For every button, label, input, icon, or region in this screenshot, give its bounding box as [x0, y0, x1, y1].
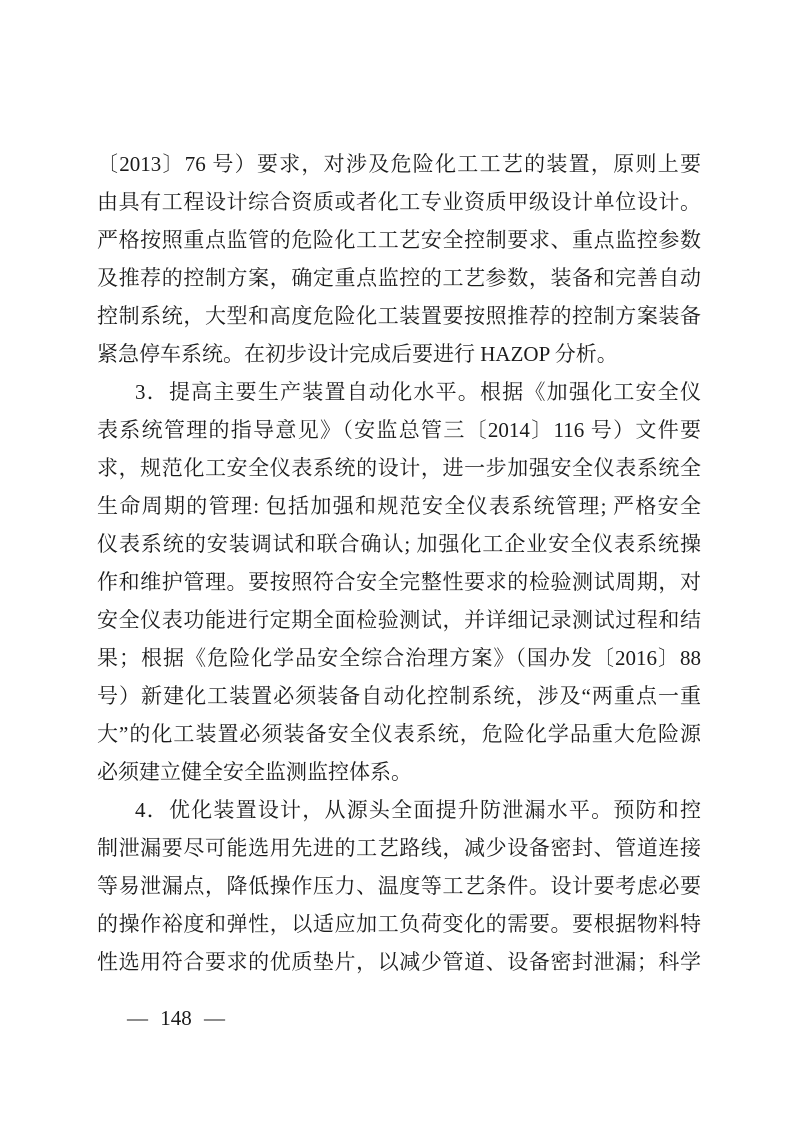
- text-line: 〔2013〕76 号）要求，对涉及危险化工工艺的装置，原则上要: [97, 145, 701, 183]
- text-line: 控制系统，大型和高度危险化工装置要按照推荐的控制方案装备: [97, 297, 701, 335]
- text-line: 紧急停车系统。在初步设计完成后要进行 HAZOP 分析。: [97, 335, 701, 373]
- text-line: 3．提高主要生产装置自动化水平。根据《加强化工安全仪: [97, 373, 701, 411]
- text-line: 由具有工程设计综合资质或者化工专业资质甲级设计单位设计。: [97, 183, 701, 221]
- text-line: 生命周期的管理: 包括加强和规范安全仪表系统管理; 严格安全: [97, 487, 701, 525]
- document-page: 〔2013〕76 号）要求，对涉及危险化工工艺的装置，原则上要由具有工程设计综合…: [0, 0, 794, 1122]
- text-line: 作和维护管理。要按照符合安全完整性要求的检验测试周期，对: [97, 563, 701, 601]
- text-line: 号）新建化工装置必须装备自动化控制系统，涉及“两重点一重: [97, 677, 701, 715]
- text-line: 安全仪表功能进行定期全面检验测试，并详细记录测试过程和结: [97, 601, 701, 639]
- text-line: 性选用符合要求的优质垫片，以减少管道、设备密封泄漏；科学: [97, 943, 701, 981]
- text-line: 等易泄漏点，降低操作压力、温度等工艺条件。设计要考虑必要: [97, 867, 701, 905]
- text-line: 求，规范化工安全仪表系统的设计，进一步加强安全仪表系统全: [97, 449, 701, 487]
- text-line: 4．优化装置设计，从源头全面提升防泄漏水平。预防和控: [97, 791, 701, 829]
- text-line: 及推荐的控制方案，确定重点监控的工艺参数，装备和完善自动: [97, 259, 701, 297]
- document-body: 〔2013〕76 号）要求，对涉及危险化工工艺的装置，原则上要由具有工程设计综合…: [97, 145, 701, 981]
- text-line: 大”的化工装置必须装备安全仪表系统，危险化学品重大危险源: [97, 715, 701, 753]
- text-line: 表系统管理的指导意见》（安监总管三〔2014〕116 号）文件要: [97, 411, 701, 449]
- text-line: 严格按照重点监管的危险化工工艺安全控制要求、重点监控参数: [97, 221, 701, 259]
- text-line: 必须建立健全安全监测监控体系。: [97, 753, 701, 791]
- text-line: 制泄漏要尽可能选用先进的工艺路线，减少设备密封、管道连接: [97, 829, 701, 867]
- page-number: — 148 —: [127, 1001, 225, 1035]
- text-line: 仪表系统的安装调试和联合确认; 加强化工企业安全仪表系统操: [97, 525, 701, 563]
- text-line: 的操作裕度和弹性，以适应加工负荷变化的需要。要根据物料特: [97, 905, 701, 943]
- text-line: 果；根据《危险化学品安全综合治理方案》（国办发〔2016〕88: [97, 639, 701, 677]
